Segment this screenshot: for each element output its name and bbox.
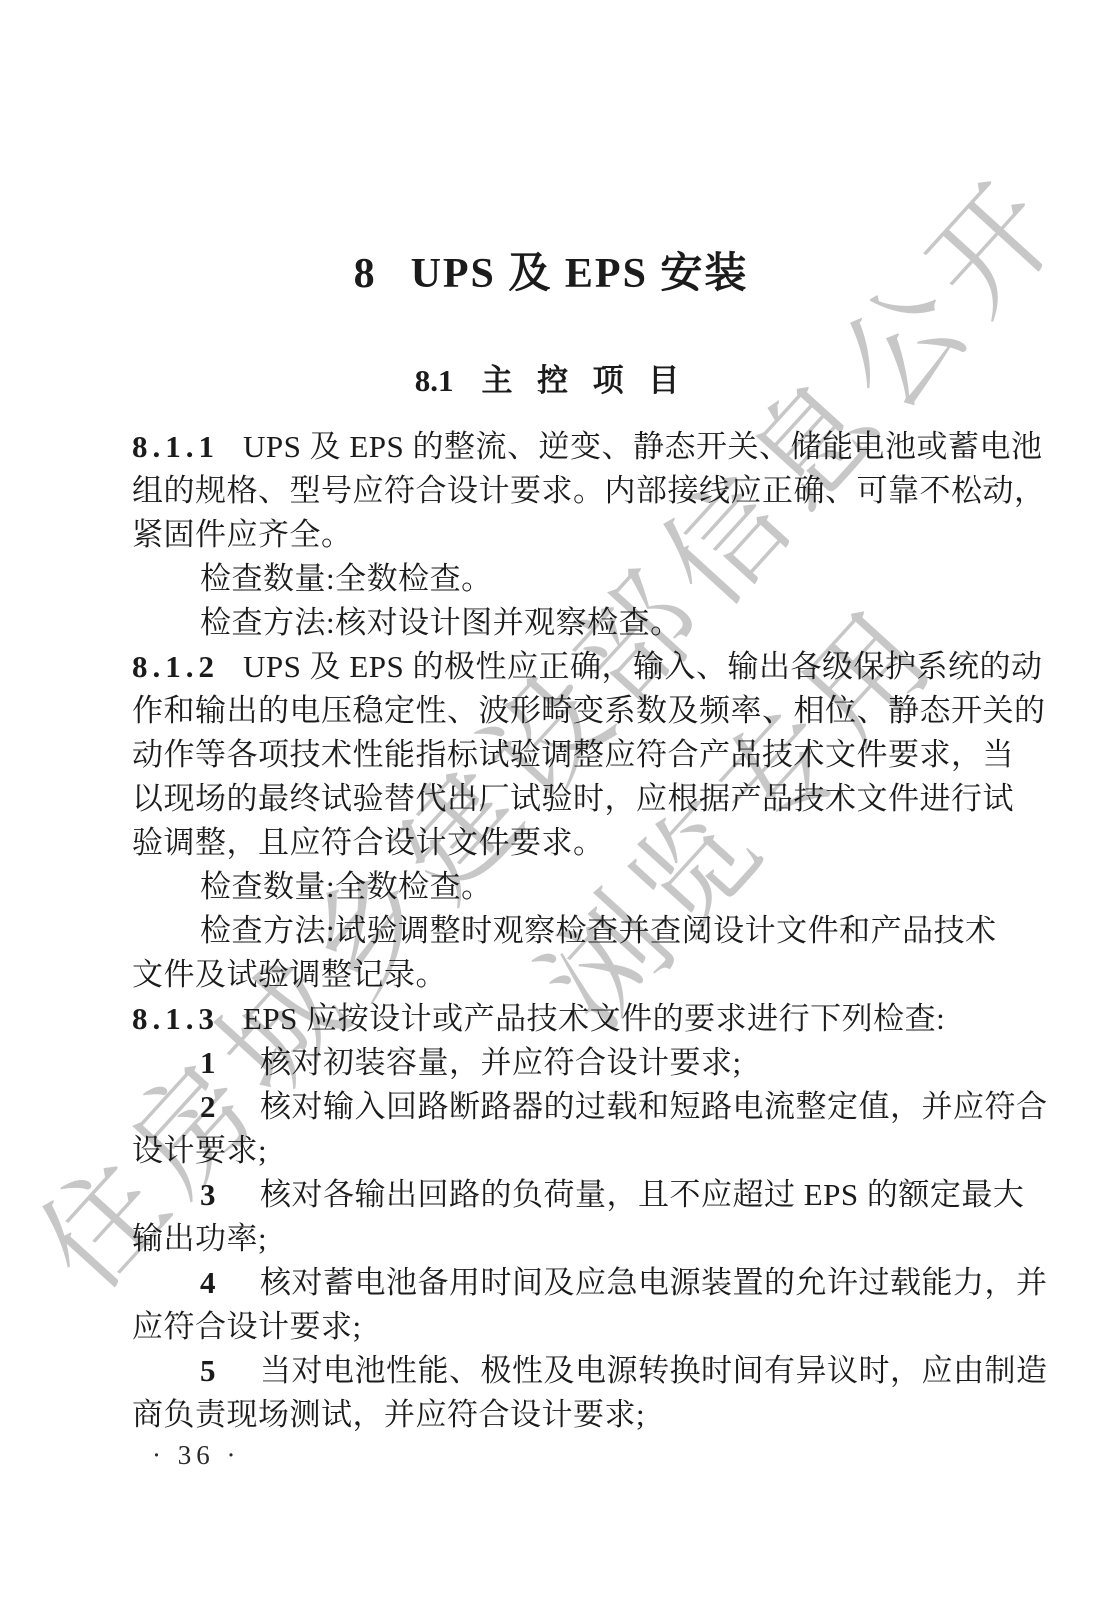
- line-text: UPS 及 EPS 的极性应正确，输入、输出各级保护系统的动: [243, 649, 1043, 684]
- document-page: 住房城乡建设部信息公开 浏览专用 8UPS 及 EPS 安装 8.1主 控 项 …: [0, 0, 1102, 1598]
- body-line: 组的规格、型号应符合设计要求。内部接线应正确、可靠不松动，: [132, 469, 972, 513]
- page-content: 8UPS 及 EPS 安装 8.1主 控 项 目 8.1.1UPS 及 EPS …: [0, 0, 1102, 1598]
- body-line: 设计要求;: [132, 1129, 972, 1173]
- body-line: 检查方法:核对设计图并观察检查。: [132, 601, 972, 645]
- item-number: 2: [200, 1089, 216, 1124]
- body-line: 5当对电池性能、极性及电源转换时间有异议时，应由制造: [132, 1349, 972, 1393]
- line-text: 核对蓄电池备用时间及应急电源装置的允许过载能力，并: [260, 1265, 1048, 1300]
- line-text: 检查数量:全数检查。: [200, 869, 493, 904]
- body-line: 动作等各项技术性能指标试验调整应符合产品技术文件要求，当: [132, 733, 972, 777]
- clause-number: 8.1.2: [132, 649, 219, 684]
- line-text: 输出功率;: [132, 1221, 267, 1256]
- clause-number: 8.1.1: [132, 429, 219, 464]
- line-text: 动作等各项技术性能指标试验调整应符合产品技术文件要求，当: [132, 737, 1014, 772]
- chapter-number: 8: [354, 251, 377, 297]
- chapter-title-text: UPS 及 EPS 安装: [411, 251, 749, 297]
- body-line: 检查方法:试验调整时观察检查并查阅设计文件和产品技术: [132, 909, 972, 953]
- line-text: 组的规格、型号应符合设计要求。内部接线应正确、可靠不松动，: [132, 473, 1046, 508]
- line-text: 当对电池性能、极性及电源转换时间有异议时，应由制造: [260, 1353, 1048, 1388]
- body-line: 4核对蓄电池备用时间及应急电源装置的允许过载能力，并: [132, 1261, 972, 1305]
- item-number: 1: [200, 1045, 216, 1080]
- body-line: 文件及试验调整记录。: [132, 953, 972, 997]
- section-number: 8.1: [415, 363, 454, 398]
- body-text: 8.1.1UPS 及 EPS 的整流、逆变、静态开关、储能电池或蓄电池 组的规格…: [132, 425, 972, 1437]
- body-line: 8.1.1UPS 及 EPS 的整流、逆变、静态开关、储能电池或蓄电池: [132, 425, 972, 469]
- page-number: · 36 ·: [152, 1440, 240, 1471]
- body-line: 检查数量:全数检查。: [132, 557, 972, 601]
- chapter-title: 8UPS 及 EPS 安装: [0, 240, 1102, 300]
- body-line: 检查数量:全数检查。: [132, 865, 972, 909]
- line-text: 文件及试验调整记录。: [132, 957, 447, 992]
- line-text: 应符合设计要求;: [132, 1309, 362, 1344]
- body-line: 紧固件应齐全。: [132, 513, 972, 557]
- line-text: 核对初装容量，并应符合设计要求;: [260, 1045, 742, 1080]
- body-line: 应符合设计要求;: [132, 1305, 972, 1349]
- line-text: 验调整，且应符合设计文件要求。: [132, 825, 605, 860]
- line-text: 设计要求;: [132, 1133, 267, 1168]
- item-number: 5: [200, 1353, 216, 1388]
- body-line: 商负责现场测试，并应符合设计要求;: [132, 1393, 972, 1437]
- line-text: UPS 及 EPS 的整流、逆变、静态开关、储能电池或蓄电池: [243, 429, 1043, 464]
- body-line: 2核对输入回路断路器的过载和短路电流整定值，并应符合: [132, 1085, 972, 1129]
- body-line: 8.1.3EPS 应按设计或产品技术文件的要求进行下列检查:: [132, 997, 972, 1041]
- clause-number: 8.1.3: [132, 1001, 219, 1036]
- body-line: 验调整，且应符合设计文件要求。: [132, 821, 972, 865]
- body-line: 3核对各输出回路的负荷量，且不应超过 EPS 的额定最大: [132, 1173, 972, 1217]
- body-line: 作和输出的电压稳定性、波形畸变系数及频率、相位、静态开关的: [132, 689, 972, 733]
- line-text: 检查方法:核对设计图并观察检查。: [200, 605, 682, 640]
- line-text: 紧固件应齐全。: [132, 517, 353, 552]
- section-title-text: 主 控 项 目: [481, 363, 687, 398]
- body-line: 8.1.2UPS 及 EPS 的极性应正确，输入、输出各级保护系统的动: [132, 645, 972, 689]
- line-text: 检查方法:试验调整时观察检查并查阅设计文件和产品技术: [200, 913, 997, 948]
- line-text: EPS 应按设计或产品技术文件的要求进行下列检查:: [243, 1001, 945, 1036]
- item-number: 4: [200, 1265, 216, 1300]
- body-line: 1核对初装容量，并应符合设计要求;: [132, 1041, 972, 1085]
- line-text: 核对输入回路断路器的过载和短路电流整定值，并应符合: [260, 1089, 1048, 1124]
- line-text: 以现场的最终试验替代出厂试验时，应根据产品技术文件进行试: [132, 781, 1014, 816]
- line-text: 检查数量:全数检查。: [200, 561, 493, 596]
- body-line: 输出功率;: [132, 1217, 972, 1261]
- line-text: 作和输出的电压稳定性、波形畸变系数及频率、相位、静态开关的: [132, 693, 1046, 728]
- body-line: 以现场的最终试验替代出厂试验时，应根据产品技术文件进行试: [132, 777, 972, 821]
- line-text: 核对各输出回路的负荷量，且不应超过 EPS 的额定最大: [260, 1177, 1024, 1212]
- section-heading: 8.1主 控 项 目: [0, 355, 1102, 400]
- line-text: 商负责现场测试，并应符合设计要求;: [132, 1397, 645, 1432]
- item-number: 3: [200, 1177, 216, 1212]
